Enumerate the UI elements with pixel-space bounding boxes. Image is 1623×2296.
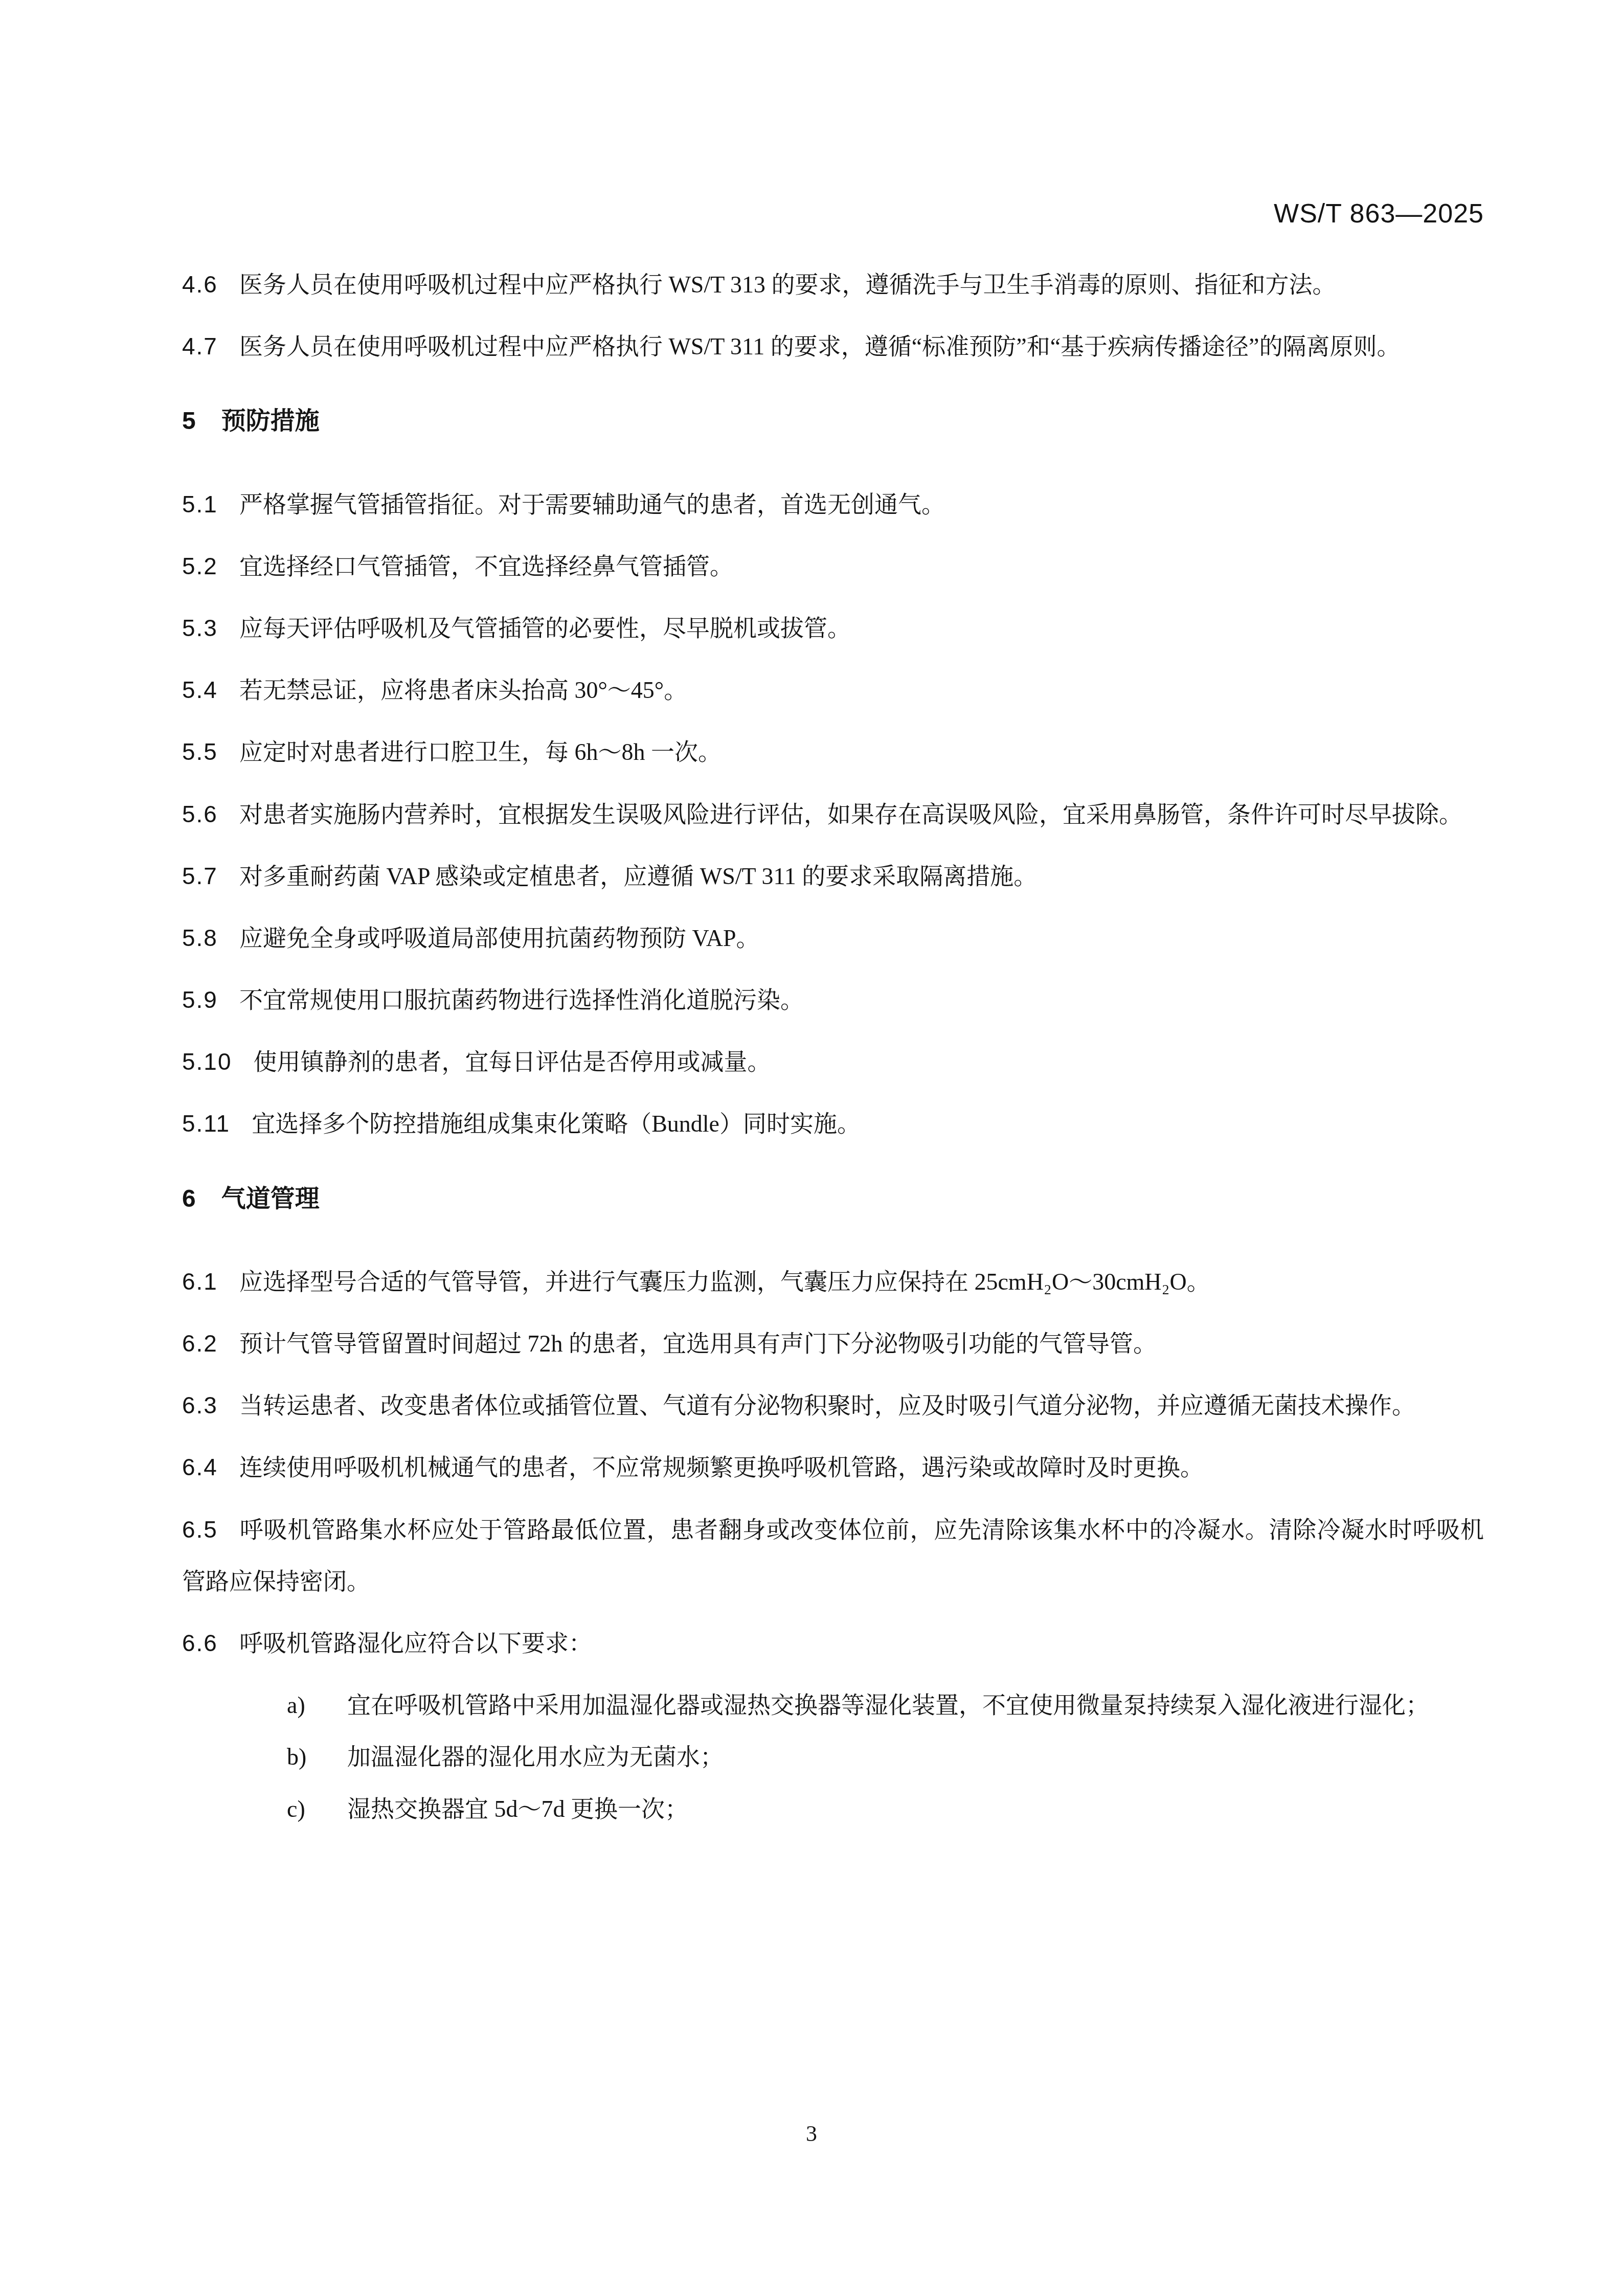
clause-4-7: 4.7医务人员在使用呼吸机过程中应严格执行 WS/T 311 的要求，遵循“标准… bbox=[182, 321, 1484, 372]
clause-5-4: 5.4若无禁忌证，应将患者床头抬高 30°～45°。 bbox=[182, 664, 1484, 716]
clause-number: 5.1 bbox=[182, 491, 218, 517]
clause-text: 应定时对患者进行口腔卫生，每 6h～8h 一次。 bbox=[239, 739, 722, 765]
clause-6-4: 6.4连续使用呼吸机机械通气的患者，不应常规频繁更换呼吸机管路，遇污染或故障时及… bbox=[182, 1442, 1484, 1493]
clause-number: 4.6 bbox=[182, 271, 218, 298]
clause-5-11: 5.11宜选择多个防控措施组成集束化策略（Bundle）同时实施。 bbox=[182, 1098, 1484, 1150]
clause-text: 连续使用呼吸机机械通气的患者，不应常规频繁更换呼吸机管路，遇污染或故障时及时更换… bbox=[239, 1454, 1204, 1480]
clause-4-6: 4.6医务人员在使用呼吸机过程中应严格执行 WS/T 313 的要求，遵循洗手与… bbox=[182, 259, 1484, 310]
clause-text: 应避免全身或呼吸道局部使用抗菌药物预防 VAP。 bbox=[239, 925, 760, 951]
clause-text: 不宜常规使用口服抗菌药物进行选择性消化道脱污染。 bbox=[239, 987, 804, 1013]
clause-text: 若无禁忌证，应将患者床头抬高 30°～45°。 bbox=[239, 677, 687, 703]
clause-number: 5.11 bbox=[182, 1110, 230, 1137]
clause-6-2: 6.2预计气管导管留置时间超过 72h 的患者，宜选用具有声门下分泌物吸引功能的… bbox=[182, 1318, 1484, 1369]
clause-number: 6.5 bbox=[182, 1516, 218, 1543]
clause-6-3: 6.3当转运患者、改变患者体位或插管位置、气道有分泌物积聚时，应及时吸引气道分泌… bbox=[182, 1380, 1484, 1431]
clause-5-7: 5.7对多重耐药菌 VAP 感染或定植患者，应遵循 WS/T 311 的要求采取… bbox=[182, 850, 1484, 902]
sublist-item-label: a) bbox=[287, 1679, 347, 1731]
clause-number: 5.6 bbox=[182, 801, 218, 827]
clause-text: 应选择型号合适的气管导管，并进行气囊压力监测，气囊压力应保持在 25cmH₂O～… bbox=[239, 1269, 1210, 1295]
sublist-item-a: a)宜在呼吸机管路中采用加温湿化器或湿热交换器等湿化装置，不宜使用微量泵持续泵入… bbox=[287, 1679, 1484, 1731]
clause-5-8: 5.8应避免全身或呼吸道局部使用抗菌药物预防 VAP。 bbox=[182, 912, 1484, 964]
clause-6-5: 6.5呼吸机管路集水杯应处于管路最低位置，患者翻身或改变体位前，应先清除该集水杯… bbox=[182, 1504, 1484, 1607]
clause-6-6-sublist: a)宜在呼吸机管路中采用加温湿化器或湿热交换器等湿化装置，不宜使用微量泵持续泵入… bbox=[287, 1679, 1484, 1835]
clause-number: 6.1 bbox=[182, 1268, 218, 1295]
page-number: 3 bbox=[0, 2121, 1623, 2147]
clause-5-5: 5.5应定时对患者进行口腔卫生，每 6h～8h 一次。 bbox=[182, 726, 1484, 778]
sublist-item-b: b)加温湿化器的湿化用水应为无菌水； bbox=[287, 1731, 1484, 1783]
clause-text: 应每天评估呼吸机及气管插管的必要性，尽早脱机或拔管。 bbox=[239, 615, 851, 641]
sublist-item-c: c)湿热交换器宜 5d～7d 更换一次； bbox=[287, 1783, 1484, 1835]
clause-text: 呼吸机管路集水杯应处于管路最低位置，患者翻身或改变体位前，应先清除该集水杯中的冷… bbox=[182, 1517, 1484, 1594]
clause-text: 当转运患者、改变患者体位或插管位置、气道有分泌物积聚时，应及时吸引气道分泌物，并… bbox=[239, 1392, 1415, 1419]
section-number: 6 bbox=[182, 1185, 197, 1212]
clause-number: 5.5 bbox=[182, 738, 218, 765]
clause-text: 预计气管导管留置时间超过 72h 的患者，宜选用具有声门下分泌物吸引功能的气管导… bbox=[239, 1331, 1157, 1357]
sublist-item-label: b) bbox=[287, 1731, 347, 1783]
section-number: 5 bbox=[182, 408, 197, 435]
section-title: 预防措施 bbox=[221, 408, 320, 435]
clause-number: 5.10 bbox=[182, 1048, 232, 1075]
doc-code: WS/T 863—2025 bbox=[182, 198, 1484, 229]
clause-number: 5.9 bbox=[182, 986, 218, 1013]
clause-text: 宜选择多个防控措施组成集束化策略（Bundle）同时实施。 bbox=[252, 1111, 861, 1137]
clause-5-9: 5.9不宜常规使用口服抗菌药物进行选择性消化道脱污染。 bbox=[182, 974, 1484, 1026]
clause-6-1: 6.1应选择型号合适的气管导管，并进行气囊压力监测，气囊压力应保持在 25cmH… bbox=[182, 1256, 1484, 1308]
clause-text: 严格掌握气管插管指征。对于需要辅助通气的患者，首选无创通气。 bbox=[239, 491, 945, 517]
clause-text: 医务人员在使用呼吸机过程中应严格执行 WS/T 311 的要求，遵循“标准预防”… bbox=[239, 333, 1401, 359]
document-page: WS/T 863—2025 4.6医务人员在使用呼吸机过程中应严格执行 WS/T… bbox=[0, 0, 1623, 2296]
clause-number: 5.8 bbox=[182, 925, 218, 951]
clause-number: 6.2 bbox=[182, 1330, 218, 1357]
sublist-item-text: 加温湿化器的湿化用水应为无菌水； bbox=[347, 1731, 1484, 1783]
sublist-item-label: c) bbox=[287, 1783, 347, 1835]
section-heading-6: 6气道管理 bbox=[182, 1182, 1484, 1216]
clause-5-1: 5.1严格掌握气管插管指征。对于需要辅助通气的患者，首选无创通气。 bbox=[182, 479, 1484, 530]
page-content: WS/T 863—2025 4.6医务人员在使用呼吸机过程中应严格执行 WS/T… bbox=[182, 198, 1484, 1835]
sublist-item-text: 宜在呼吸机管路中采用加温湿化器或湿热交换器等湿化装置，不宜使用微量泵持续泵入湿化… bbox=[347, 1679, 1484, 1731]
clause-text: 使用镇静剂的患者，宜每日评估是否停用或减量。 bbox=[254, 1049, 771, 1075]
clause-number: 5.4 bbox=[182, 677, 218, 703]
sublist-item-text: 湿热交换器宜 5d～7d 更换一次； bbox=[347, 1783, 1484, 1835]
clause-5-10: 5.10使用镇静剂的患者，宜每日评估是否停用或减量。 bbox=[182, 1036, 1484, 1088]
clause-6-6: 6.6呼吸机管路湿化应符合以下要求： bbox=[182, 1617, 1484, 1669]
clause-number: 5.7 bbox=[182, 863, 218, 889]
section-heading-5: 5预防措施 bbox=[182, 404, 1484, 438]
clause-5-3: 5.3应每天评估呼吸机及气管插管的必要性，尽早脱机或拔管。 bbox=[182, 602, 1484, 654]
section-title: 气道管理 bbox=[221, 1185, 320, 1212]
clause-text: 对多重耐药菌 VAP 感染或定植患者，应遵循 WS/T 311 的要求采取隔离措… bbox=[239, 863, 1037, 889]
clause-5-6: 5.6对患者实施肠内营养时，宜根据发生误吸风险进行评估，如果存在高误吸风险，宜采… bbox=[182, 789, 1484, 840]
clause-number: 6.3 bbox=[182, 1392, 218, 1419]
clause-number: 6.4 bbox=[182, 1454, 218, 1480]
clause-text: 宜选择经口气管插管，不宜选择经鼻气管插管。 bbox=[239, 553, 733, 579]
clause-5-2: 5.2宜选择经口气管插管，不宜选择经鼻气管插管。 bbox=[182, 541, 1484, 592]
clause-number: 5.2 bbox=[182, 553, 218, 579]
clause-number: 5.3 bbox=[182, 615, 218, 641]
clause-number: 6.6 bbox=[182, 1630, 218, 1656]
clause-text: 医务人员在使用呼吸机过程中应严格执行 WS/T 313 的要求，遵循洗手与卫生手… bbox=[239, 272, 1336, 298]
clause-number: 4.7 bbox=[182, 333, 218, 359]
clause-text: 呼吸机管路湿化应符合以下要求： bbox=[239, 1630, 592, 1656]
clause-text: 对患者实施肠内营养时，宜根据发生误吸风险进行评估，如果存在高误吸风险，宜采用鼻肠… bbox=[239, 801, 1462, 827]
